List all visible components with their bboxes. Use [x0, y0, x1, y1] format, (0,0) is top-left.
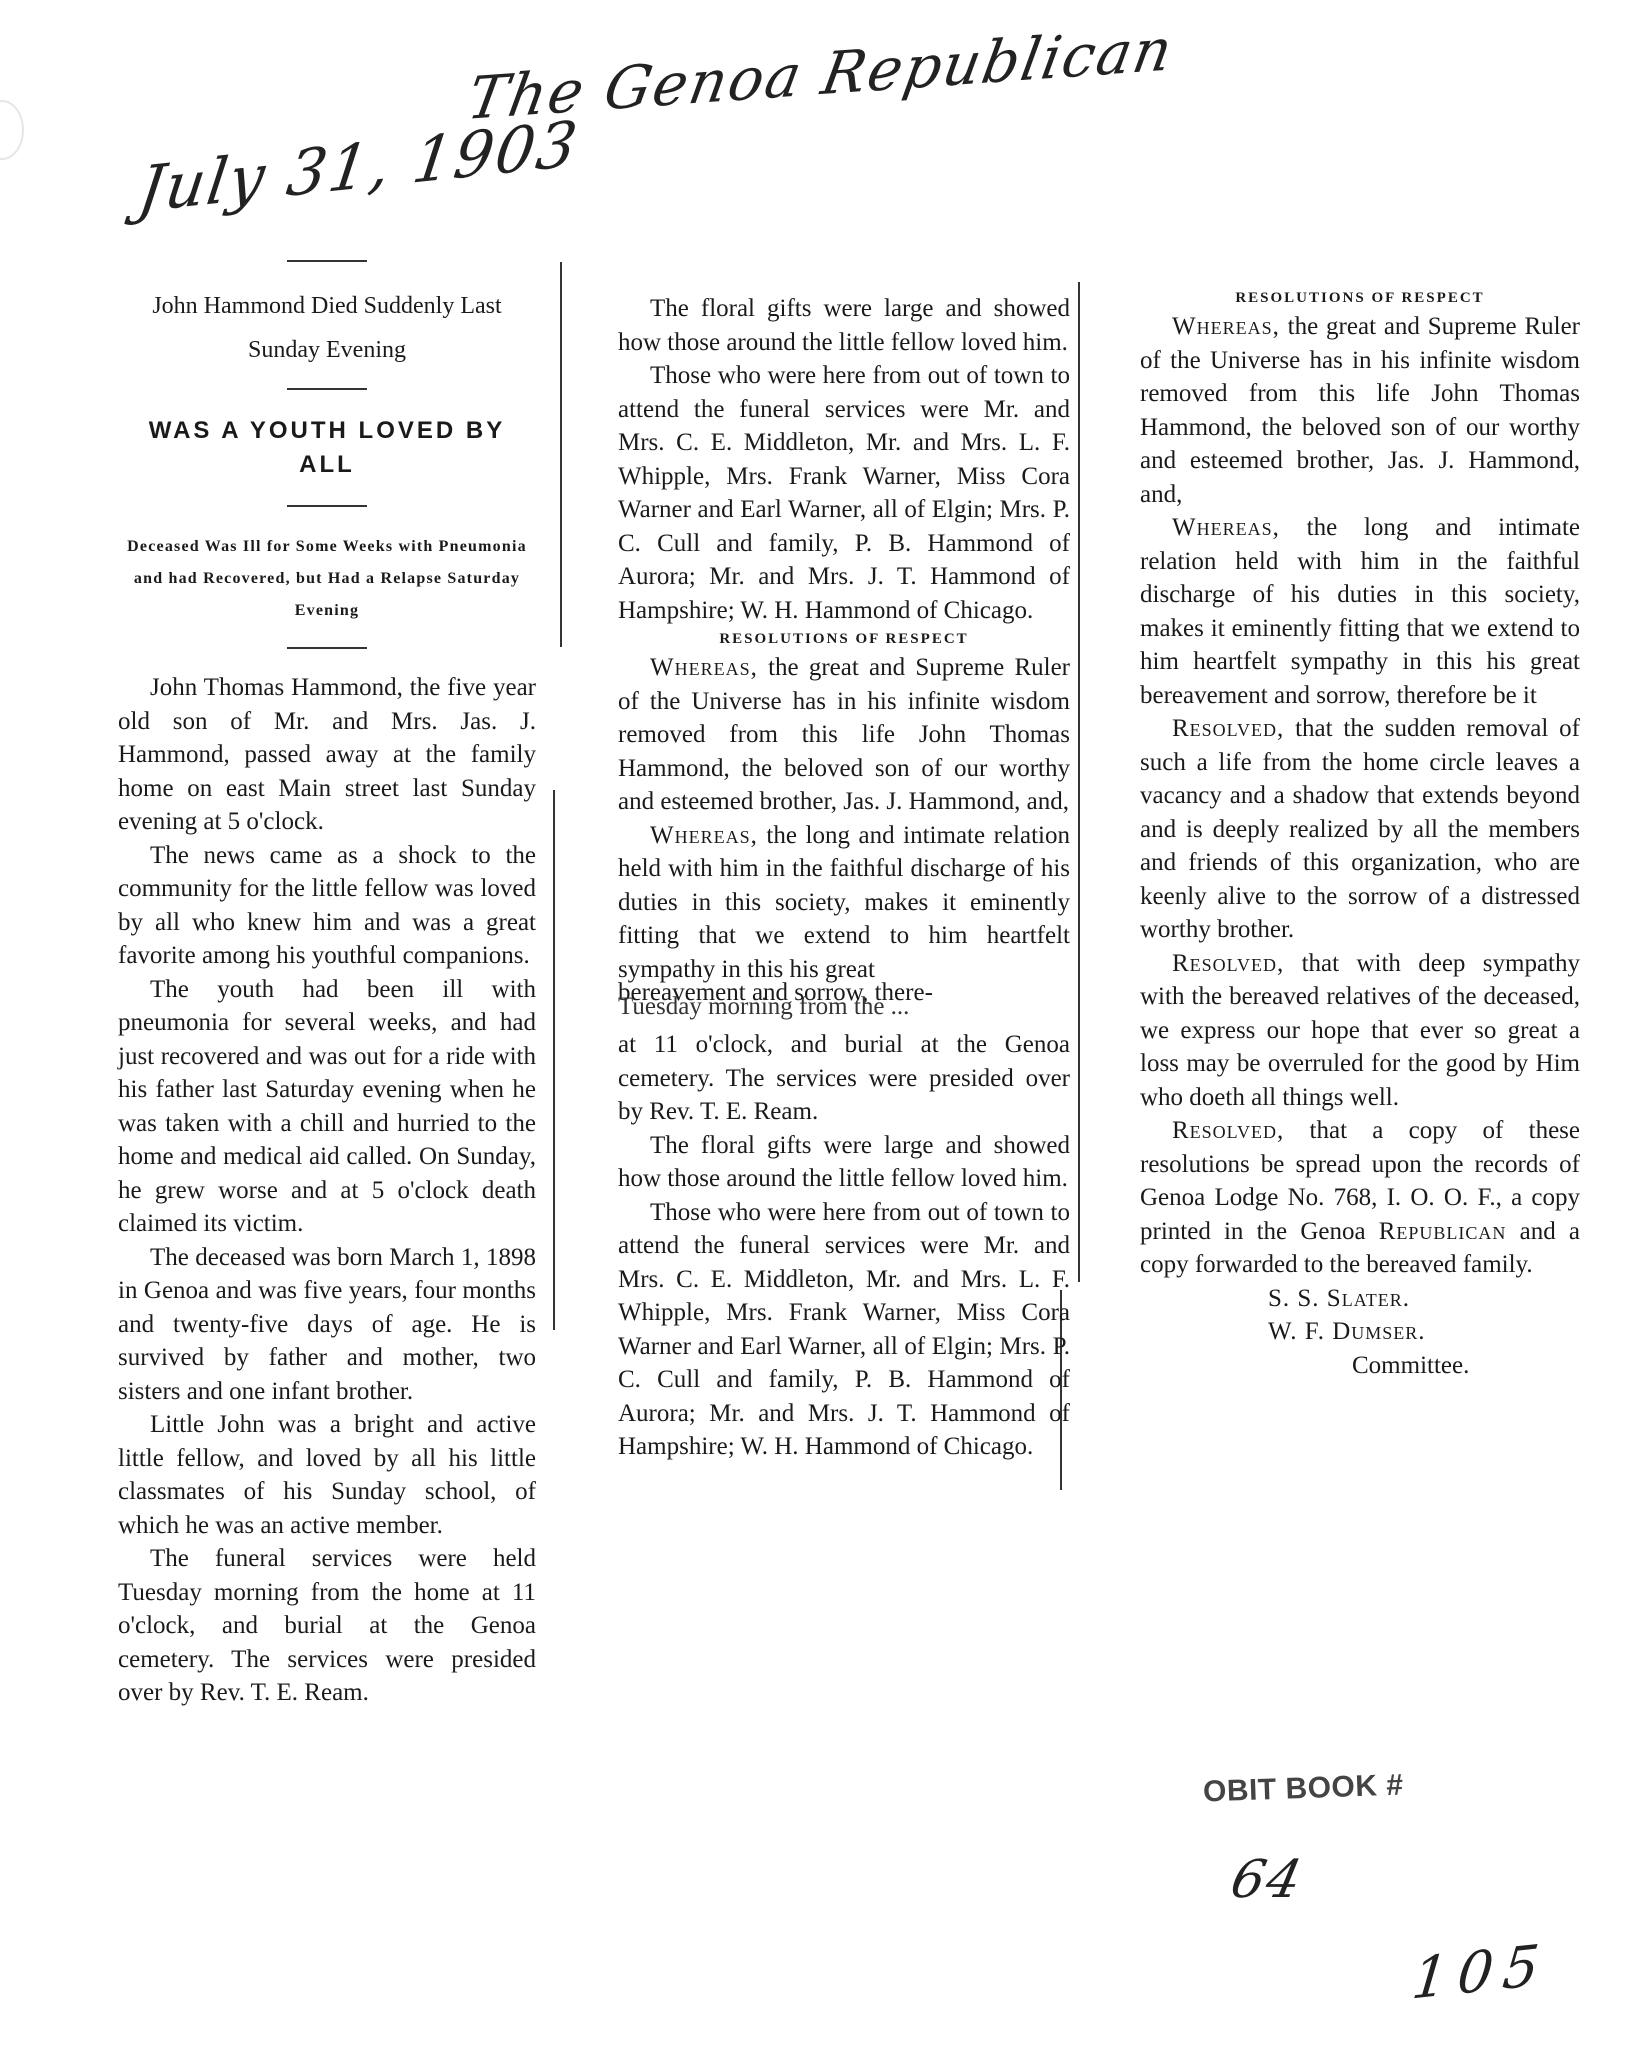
column-rule	[553, 790, 555, 1330]
subheadline: WAS A YOUTH LOVED BY ALL	[118, 414, 536, 481]
paragraph: Those who were here from out of town to …	[618, 359, 1070, 627]
paragraph: Little John was a bright and active litt…	[118, 1408, 536, 1542]
paragraph: The youth had been ill with pneumonia fo…	[118, 973, 536, 1241]
committee-label: Committee.	[1140, 1349, 1580, 1383]
paragraph: The funeral services were held Tuesday m…	[118, 1542, 536, 1710]
divider	[287, 388, 367, 390]
resolution-paragraph: Resolved, that the sudden removal of suc…	[1140, 712, 1580, 947]
handwritten-book-number: 64	[1226, 1850, 1309, 1910]
section-heading: RESOLUTIONS OF RESPECT	[1140, 286, 1580, 310]
paragraph: The floral gifts were large and showed h…	[618, 1129, 1070, 1196]
resolution-paragraph: Resolved, that with deep sympathy with t…	[1140, 947, 1580, 1115]
resolution-paragraph: Whereas, the long and intimate relation …	[618, 819, 1070, 987]
divider	[287, 260, 367, 262]
article-column-1: John Hammond Died Suddenly Last Sunday E…	[118, 260, 536, 1710]
paragraph: The floral gifts were large and showed h…	[618, 292, 1070, 359]
signature: W. F. Dumser.	[1140, 1315, 1580, 1349]
divider	[287, 505, 367, 507]
resolution-paragraph: Whereas, the great and Supreme Ruler of …	[618, 651, 1070, 819]
paragraph: John Thomas Hammond, the five year old s…	[118, 671, 536, 839]
handwritten-page-number: 105	[1409, 1932, 1552, 2012]
resolution-paragraph: Resolved, that a copy of these resolutio…	[1140, 1114, 1580, 1282]
pasted-fragment: Tuesday morning from the ...	[618, 1000, 1070, 1014]
resolution-paragraph: Whereas, the great and Supreme Ruler of …	[1140, 310, 1580, 511]
article-column-2: The floral gifts were large and showed h…	[618, 292, 1070, 1464]
resolution-paragraph: Whereas, the long and intimate relation …	[1140, 511, 1580, 712]
binder-hole-mark	[0, 100, 24, 160]
handwritten-date: July 31, 1903	[134, 106, 584, 227]
deck: Deceased Was Ill for Some Weeks with Pne…	[118, 531, 536, 627]
paragraph: Those who were here from out of town to …	[618, 1196, 1070, 1464]
column-rule	[560, 262, 562, 647]
obit-book-stamp: OBIT BOOK #	[1202, 1769, 1404, 1810]
column-rule	[1078, 282, 1080, 1282]
headline: John Hammond Died Suddenly Last Sunday E…	[118, 284, 536, 372]
section-heading: RESOLUTIONS OF RESPECT	[618, 627, 1070, 651]
resolutions-column-3: RESOLUTIONS OF RESPECT Whereas, the grea…	[1140, 286, 1580, 1382]
paragraph: The news came as a shock to the communit…	[118, 839, 536, 973]
divider	[287, 647, 367, 649]
signature: S. S. Slater.	[1140, 1282, 1580, 1316]
paragraph: at 11 o'clock, and burial at the Genoa c…	[618, 1028, 1070, 1129]
paragraph: The deceased was born March 1, 1898 in G…	[118, 1241, 536, 1409]
